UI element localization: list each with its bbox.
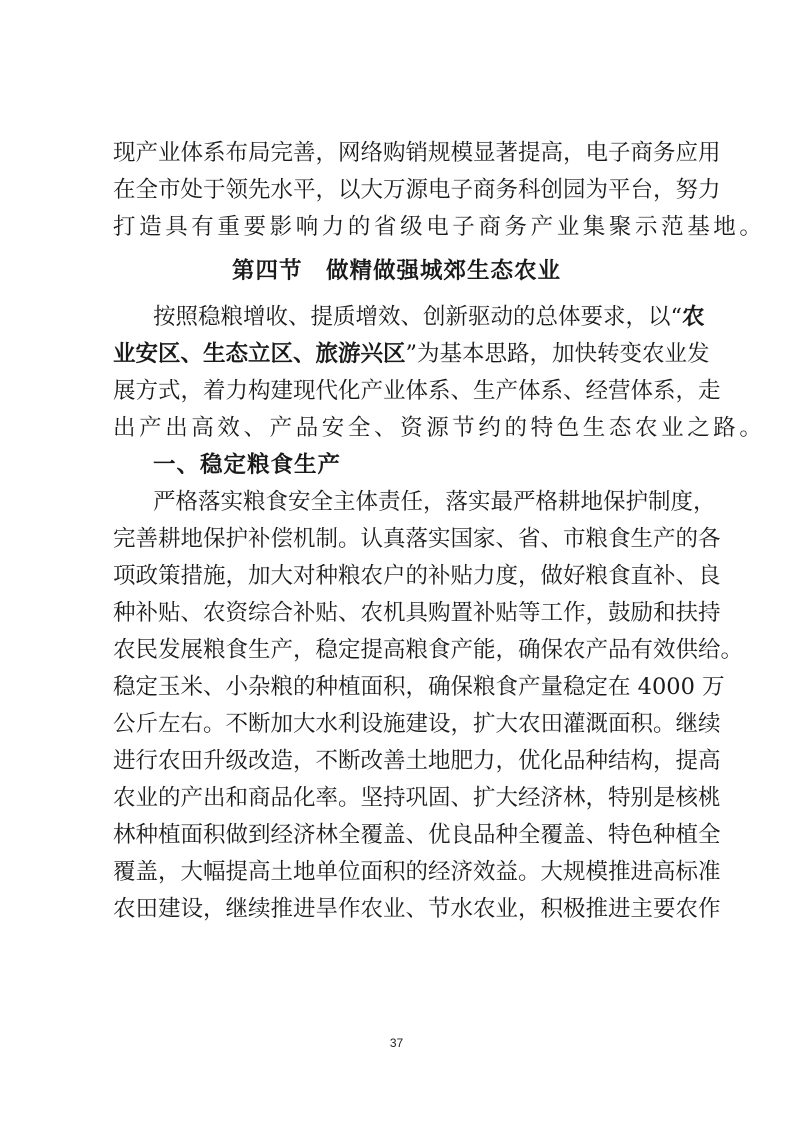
intro-text: ”为基本思路，加快转变农业发 [406, 341, 710, 367]
body-line: 公斤左右。不断加大水利设施建设，扩大农田灌溉面积。继续 [113, 709, 675, 739]
body-line: 项政策措施，加大对种粮农户的补贴力度，做好粮食直补、良 [113, 561, 675, 591]
body-line: 进行农田升级改造，不断改善土地肥力，优化品种结构，提高 [113, 746, 675, 776]
body-line: 严格落实粮食安全主体责任，落实最严格耕地保护制度， [153, 487, 675, 517]
intro-line-4: 出产出高效、产品安全、资源节约的特色生态农业之路。 [113, 413, 675, 443]
paragraph-line: 现产业体系布局完善，网络购销规模显著提高，电子商务应用 [113, 138, 675, 168]
body-line: 稳定玉米、小杂粮的种植面积，确保粮食产量稳定在 4000 万 [113, 672, 675, 702]
body-line: 完善耕地保护补偿机制。认真落实国家、省、市粮食生产的各 [113, 524, 675, 554]
intro-bold-text: 业安区、生态立区、旅游兴区 [113, 341, 406, 367]
body-line: 农业的产出和商品化率。坚持巩固、扩大经济林，特别是核桃 [113, 783, 675, 813]
subsection-heading: 一、稳定粮食生产 [153, 450, 675, 480]
paragraph-line: 在全市处于领先水平，以大万源电子商务科创园为平台，努力 [113, 175, 675, 205]
document-page: 现产业体系布局完善，网络购销规模显著提高，电子商务应用 在全市处于领先水平，以大… [0, 0, 793, 1122]
body-line: 覆盖，大幅提高土地单位面积的经济效益。大规模推进高标准 [113, 857, 675, 887]
body-line: 农田建设，继续推进旱作农业、节水农业，积极推进主要农作 [113, 894, 675, 924]
body-line: 林种植面积做到经济林全覆盖、优良品种全覆盖、特色种植全 [113, 820, 675, 850]
body-line: 种补贴、农资综合补贴、农机具购置补贴等工作，鼓励和扶持 [113, 598, 675, 628]
intro-line-3: 展方式，着力构建现代化产业体系、生产体系、经营体系，走 [113, 376, 675, 406]
page-number: 37 [0, 1036, 793, 1050]
body-line: 农民发展粮食生产，稳定提高粮食产能，确保农产品有效供给。 [113, 635, 675, 665]
intro-line-1: 按照稳粮增收、提质增效、创新驱动的总体要求，以“农 [153, 302, 675, 332]
section-heading: 第四节 做精做强城郊生态农业 [0, 256, 793, 286]
paragraph-line: 打造具有重要影响力的省级电子商务产业集聚示范基地。 [113, 212, 675, 242]
intro-bold-text: 农 [682, 304, 705, 330]
intro-text: 按照稳粮增收、提质增效、创新驱动的总体要求，以“ [153, 304, 682, 330]
intro-line-2: 业安区、生态立区、旅游兴区”为基本思路，加快转变农业发 [113, 339, 675, 369]
